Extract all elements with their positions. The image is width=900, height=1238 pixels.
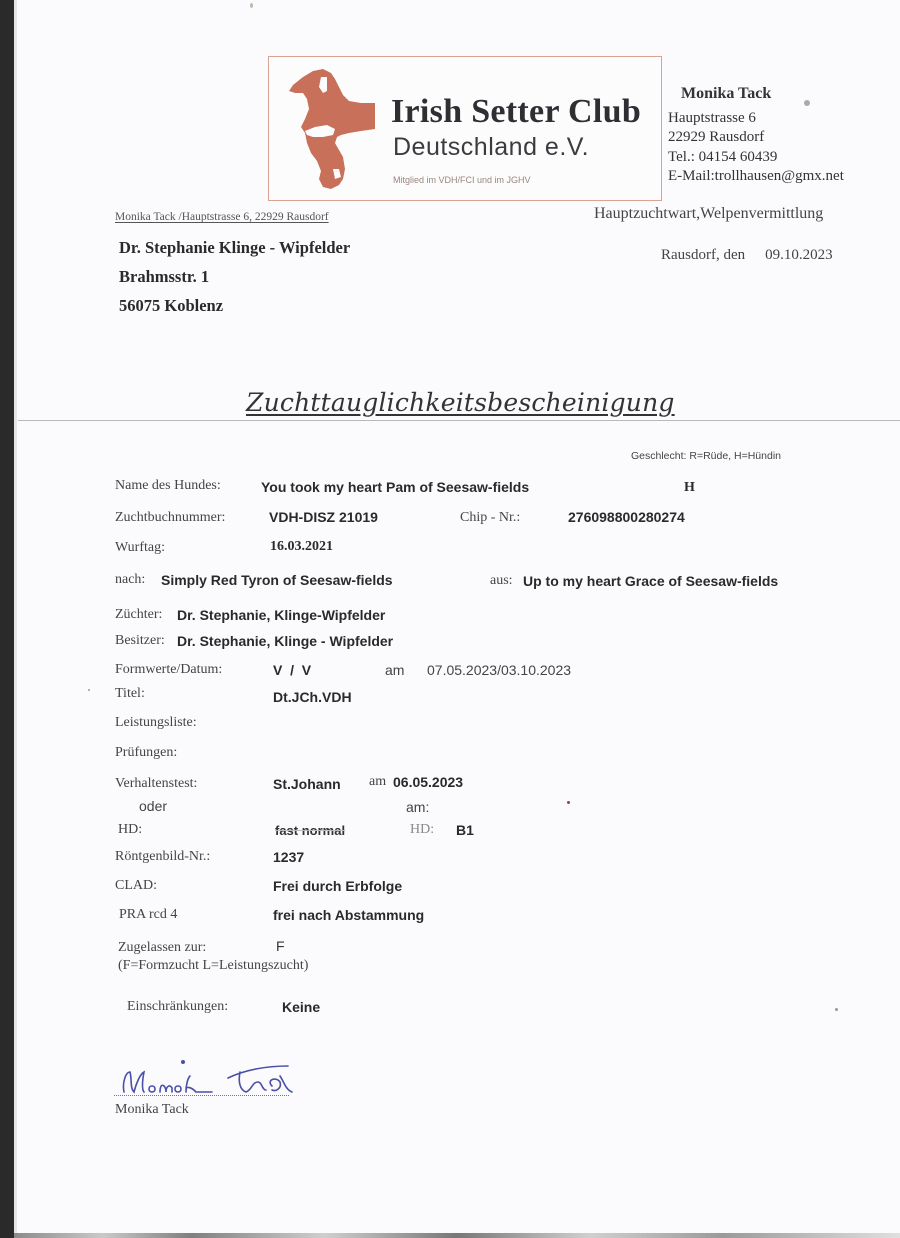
studbook-value: VDH-DISZ 21019 [269, 509, 378, 525]
title-label: Titel: [115, 686, 145, 702]
scan-speck [804, 100, 810, 106]
sire-value: Simply Red Tyron of Seesaw-fields [161, 572, 393, 588]
scan-speck [88, 689, 90, 691]
hd2-label: HD: [410, 822, 434, 838]
sender-name: Monika Tack [681, 84, 844, 104]
approved-for-value: F [276, 938, 285, 954]
sender-phone: Tel.: 04154 60439 [668, 148, 844, 168]
signature-line [114, 1095, 289, 1096]
or-label: oder [139, 798, 167, 814]
pra-label: PRA rcd 4 [119, 907, 177, 923]
exams-label: Prüfungen: [115, 745, 177, 761]
hd2-value: B1 [456, 822, 474, 838]
recipient-city: 56075 Koblenz [119, 291, 350, 320]
scan-edge-bottom [14, 1233, 900, 1238]
behavior-test-date: 06.05.2023 [393, 774, 463, 790]
clad-value: Frei durch Erbfolge [273, 878, 402, 894]
breeder-value: Dr. Stephanie, Klinge-Wipfelder [177, 607, 385, 623]
restrictions-value: Keine [282, 999, 320, 1015]
behavior-test-place: St.Johann [273, 776, 341, 792]
sender-email: E-Mail:trollhausen@gmx.net [668, 167, 844, 187]
sender-city: 22929 Rausdorf [668, 128, 844, 148]
recipient-street: Brahmsstr. 1 [119, 262, 350, 291]
place-label: Rausdorf, den [661, 247, 745, 263]
return-address: Monika Tack /Hauptstrasse 6, 22929 Rausd… [115, 211, 329, 223]
owner-value: Dr. Stephanie, Klinge - Wipfelder [177, 633, 393, 649]
show-ratings-value: V / V [273, 662, 311, 678]
club-membership: Mitglied im VDH/FCI und im JGHV [393, 175, 531, 185]
scan-speck [835, 1008, 838, 1011]
chip-value: 276098800280274 [568, 509, 685, 525]
title-value: Dt.JCh.VDH [273, 689, 352, 705]
sender-street: Hauptstrasse 6 [668, 109, 844, 129]
club-logo-box: Irish Setter Club Deutschland e.V. Mitgl… [268, 56, 662, 201]
title-rule [18, 420, 900, 421]
scan-speck [567, 801, 570, 804]
place-date: Rausdorf, den09.10.2023 [661, 247, 833, 264]
approved-for-legend: (F=Formzucht L=Leistungszucht) [118, 958, 308, 974]
hd-label: HD: [118, 822, 142, 838]
dog-name-value: You took my heart Pam of Seesaw-fields [261, 479, 529, 495]
xray-label: Röntgenbild-Nr.: [115, 849, 210, 865]
gender-value: H [684, 480, 695, 496]
dam-value: Up to my heart Grace of Seesaw-fields [523, 573, 778, 589]
breeder-label: Züchter: [115, 607, 162, 623]
dog-name-label: Name des Hundes: [115, 478, 221, 494]
studbook-label: Zuchtbuchnummer: [115, 510, 225, 526]
scan-edge-left [0, 0, 14, 1238]
or-am-label: am: [406, 799, 429, 815]
birth-date-value: 16.03.2021 [270, 539, 333, 555]
irish-setter-dog-icon [283, 65, 375, 191]
sire-label: nach: [115, 572, 145, 588]
hd-value: fast normal [275, 823, 345, 838]
scan-speck [250, 3, 253, 8]
birth-date-label: Wurftag: [115, 540, 165, 556]
sender-role: Hauptzuchtwart,Welpenvermittlung [594, 205, 823, 223]
performance-list-label: Leistungsliste: [115, 715, 197, 731]
gender-legend: Geschlecht: R=Rüde, H=Hündin [631, 450, 781, 462]
club-name: Irish Setter Club [391, 93, 641, 131]
xray-value: 1237 [273, 849, 304, 865]
scan-edge-shadow [14, 0, 17, 1238]
pra-value: frei nach Abstammung [273, 907, 424, 923]
document-title: Zuchttauglichkeitsbescheinigung [246, 388, 675, 417]
dam-label: aus: [490, 573, 513, 589]
show-ratings-label: Formwerte/Datum: [115, 662, 222, 678]
recipient-name: Dr. Stephanie Klinge - Wipfelder [119, 233, 350, 262]
restrictions-label: Einschränkungen: [127, 999, 228, 1015]
approved-for-label: Zugelassen zur: [118, 940, 206, 956]
letter-date: 09.10.2023 [765, 247, 833, 263]
signature-icon [116, 1056, 316, 1100]
clad-label: CLAD: [115, 878, 157, 894]
behavior-test-am: am [369, 774, 386, 790]
owner-label: Besitzer: [115, 633, 165, 649]
show-ratings-dates: 07.05.2023/03.10.2023 [427, 662, 571, 678]
sender-address: Monika Tack Hauptstrasse 6 22929 Rausdor… [668, 84, 844, 187]
show-ratings-am: am [385, 662, 404, 678]
behavior-test-label: Verhaltenstest: [115, 776, 197, 792]
chip-label: Chip - Nr.: [460, 510, 520, 526]
recipient-address: Dr. Stephanie Klinge - Wipfelder Brahmss… [119, 233, 350, 320]
signature-name: Monika Tack [115, 1102, 189, 1118]
club-subtitle: Deutschland e.V. [393, 133, 589, 162]
